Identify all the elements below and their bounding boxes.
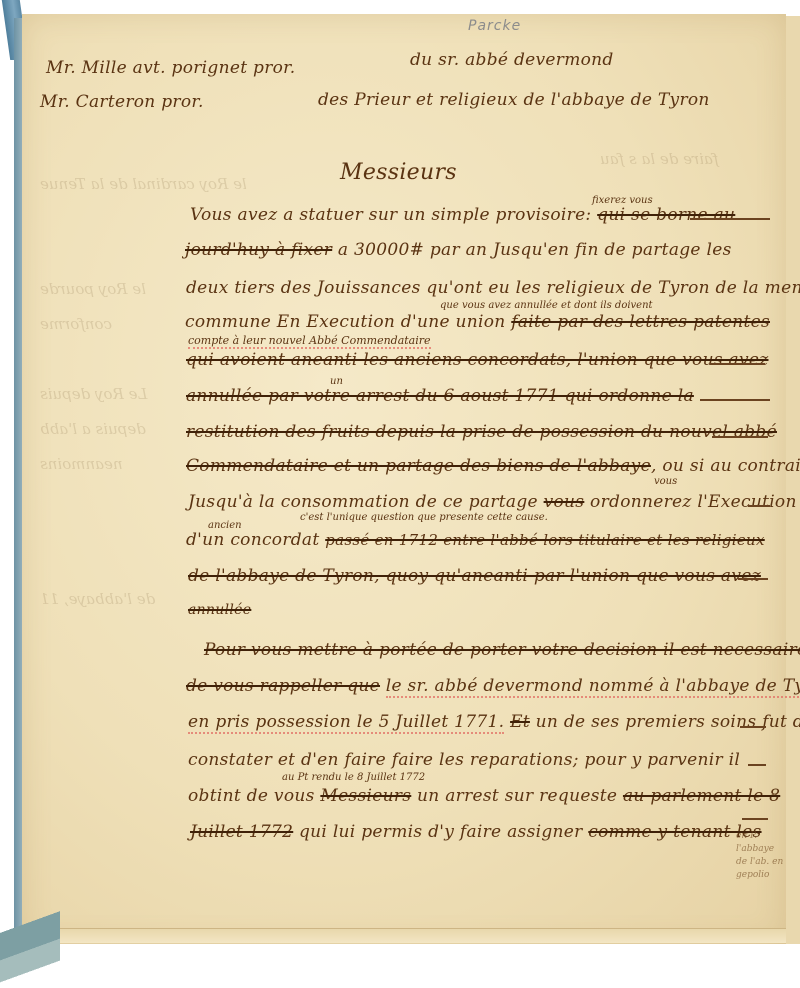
bleed-through-text: de l'abbaye, 11 <box>40 590 155 608</box>
text-line: deux tiers des Jouissances qu'ont eu les… <box>186 278 800 298</box>
line-filler <box>748 764 766 766</box>
struck-line: Pour vous mettre à portée de porter votr… <box>204 640 800 660</box>
header-party-1: du sr. abbé devermond <box>410 50 614 70</box>
text-line: Juillet 1772 qui lui permis d'y faire as… <box>190 822 762 842</box>
line-filler <box>742 818 768 820</box>
header-attorney-2: Mr. Carteron pror. <box>40 92 204 112</box>
bleed-through-text: Le Roy depuis <box>40 385 147 403</box>
struck-line: de l'abbaye de Tyron, quoy qu'aneanti pa… <box>188 566 761 586</box>
bleed-through-text: depuis a l'abb <box>40 420 146 438</box>
interlinear-insertion: au Pt rendu le 8 Juillet 1772 <box>282 772 425 783</box>
line-filler <box>710 363 765 365</box>
header-attorney-1: Mr. Mille avt. porignet pror. <box>46 58 295 78</box>
bleed-through-text: faire de la s fau <box>600 150 718 168</box>
page-fold <box>22 928 786 943</box>
text-line: constater et d'en faire faire les repara… <box>188 750 740 770</box>
interlinear-insertion: c'est l'unique question que presente cet… <box>300 512 548 523</box>
interlinear-insertion: compte à leur nouvel Abbé Commendataire <box>188 334 431 347</box>
line-filler <box>700 399 770 401</box>
salutation: Messieurs <box>340 160 457 185</box>
line-filler <box>738 578 768 580</box>
bleed-through-text: le Roy pourde <box>40 280 146 298</box>
line-filler <box>712 436 768 438</box>
text-line: commune En Execution d'une union faite p… <box>185 312 770 332</box>
struck-line: qui avoient aneanti les anciens concorda… <box>186 350 769 370</box>
margin-notes: en P.l'abbayede l'ab. engepolio <box>736 830 786 882</box>
bleed-through-text: le Roy cardinal de la Tenue <box>40 175 247 193</box>
line-filler <box>690 218 770 220</box>
interlinear-insertion: vous <box>654 476 677 487</box>
text-line: Vous avez a statuer sur un simple provis… <box>190 205 735 225</box>
text-line: de vous rappeller que le sr. abbé deverm… <box>186 676 800 696</box>
bleed-through-text: conforme <box>40 315 112 333</box>
text-line: en pris possession le 5 Juillet 1771. Et… <box>188 712 800 732</box>
struck-line: annullée par votre arrest du 6 aoust 177… <box>186 386 694 406</box>
bleed-through-text: neanmoins <box>40 455 123 473</box>
line-filler <box>748 505 770 507</box>
header-party-2: des Prieur et religieux de l'abbaye de T… <box>318 90 710 110</box>
struck-line: annullée <box>188 602 251 618</box>
text-line: Jusqu'à la consommation de ce partage vo… <box>188 492 797 512</box>
line-filler <box>740 726 766 728</box>
pencil-annotation: Parcke <box>468 18 521 34</box>
interlinear-insertion: que vous avez annullée et dont ils doive… <box>440 300 653 311</box>
text-line: Commendataire et un partage des biens de… <box>186 456 800 476</box>
text-line: d'un concordat passé en 1712 entre l'abb… <box>186 530 765 550</box>
ribbon-tie <box>0 900 60 988</box>
struck-line: restitution des fruits depuis la prise d… <box>186 422 777 442</box>
text-line: jourd'huy à fixer a 30000# par an Jusqu'… <box>185 240 732 260</box>
text-line: obtint de vous Messieurs un arrest sur r… <box>188 786 780 806</box>
